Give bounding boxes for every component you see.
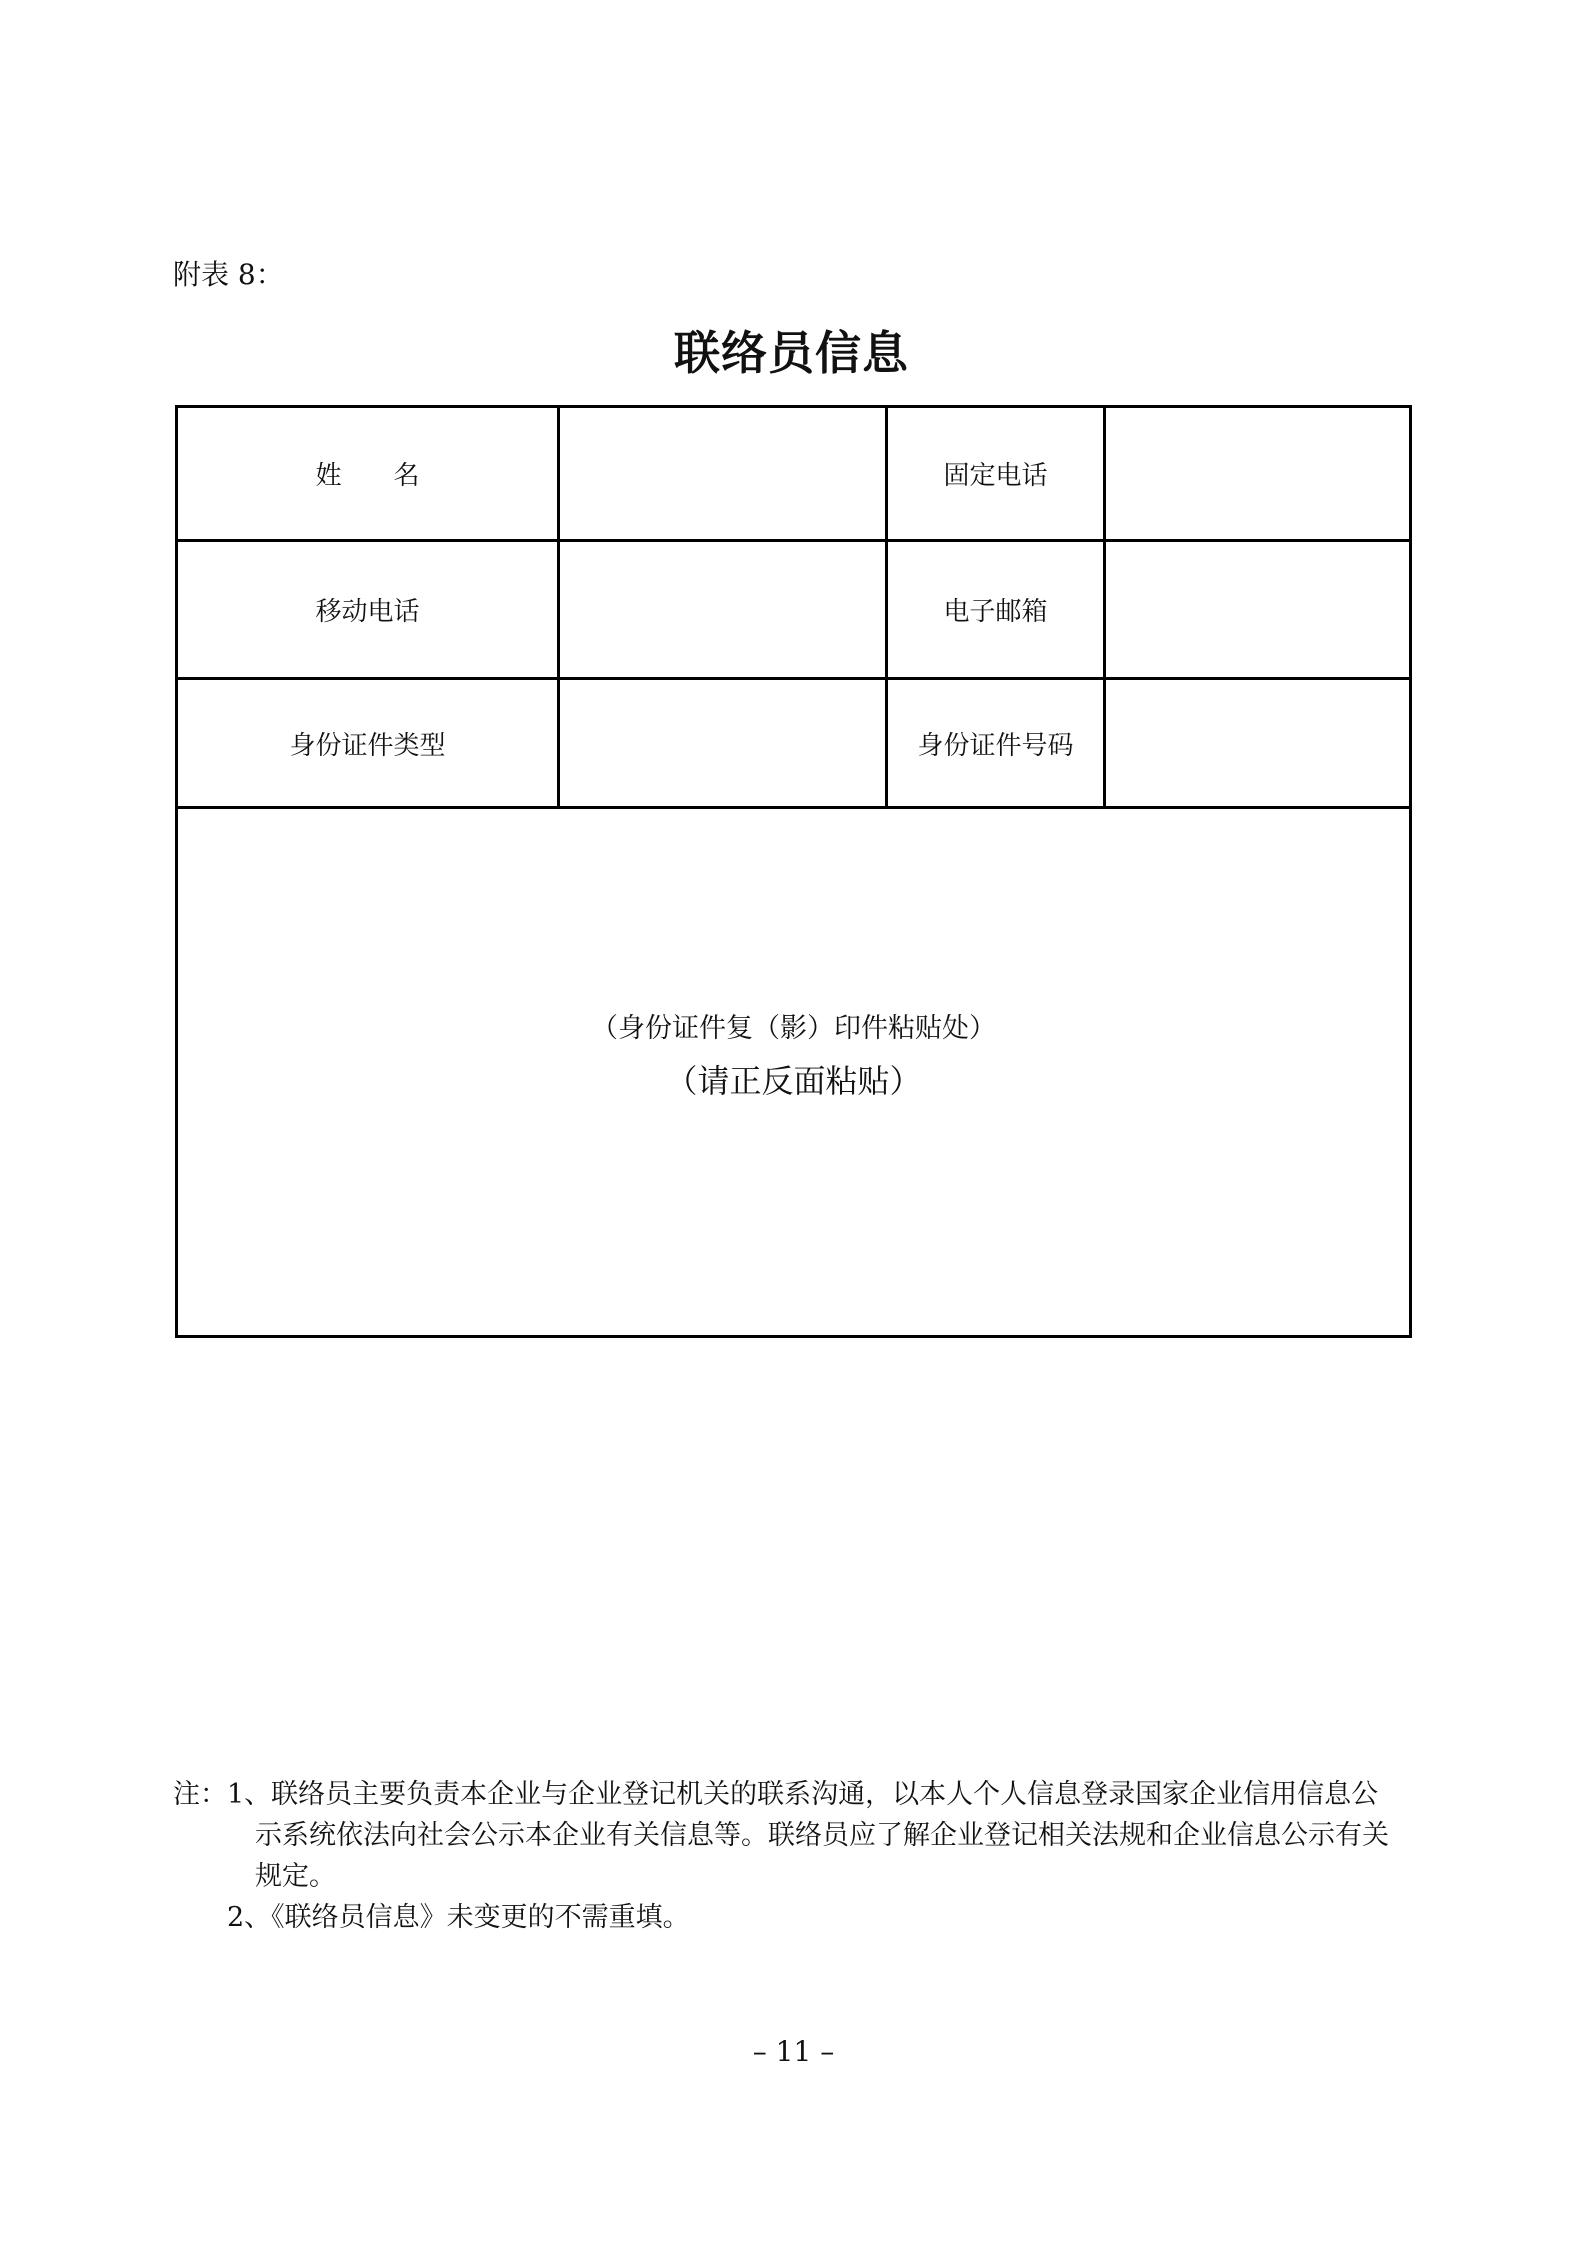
label-id-type: 身份证件类型: [178, 680, 557, 806]
paste-area-subinstruction: （请正反面粘贴）: [178, 1061, 1409, 1101]
id-number-field[interactable]: [1106, 680, 1409, 806]
note-1-line-3: 规定。: [173, 1856, 1418, 1897]
note-1-line-2: 示系统依法向社会公示本企业有关信息等。联络员应了解企业登记相关法规和企业信息公示…: [173, 1815, 1418, 1856]
note-2: 2、《联络员信息》未变更的不需重填。: [173, 1897, 1418, 1938]
notes-section: 注：1、联络员主要负责本企业与企业登记机关的联系沟通，以本人个人信息登录国家企业…: [173, 1774, 1418, 1938]
contact-info-table: 姓 名 固定电话 移动电话 电子邮箱 身份证件类型 身份证件号码 （身份证件复（…: [175, 405, 1412, 1338]
annex-label: 附表 8：: [173, 257, 284, 293]
page-title: 联络员信息: [0, 325, 1587, 381]
label-landline: 固定电话: [888, 408, 1103, 539]
label-name: 姓 名: [178, 408, 557, 539]
label-mobile: 移动电话: [178, 542, 557, 677]
id-type-field[interactable]: [560, 680, 885, 806]
label-id-number: 身份证件号码: [888, 680, 1103, 806]
name-field[interactable]: [560, 408, 885, 539]
paste-area-instruction: （身份证件复（影）印件粘贴处）: [178, 1011, 1409, 1047]
note-1-line-1: 注：1、联络员主要负责本企业与企业登记机关的联系沟通，以本人个人信息登录国家企业…: [173, 1774, 1418, 1815]
email-field[interactable]: [1106, 542, 1409, 677]
page-number: – 11 –: [0, 2034, 1587, 2070]
landline-field[interactable]: [1106, 408, 1409, 539]
mobile-field[interactable]: [560, 542, 885, 677]
row-divider: [178, 806, 1409, 809]
page-title-text: 联络员信息: [674, 326, 909, 380]
label-email: 电子邮箱: [888, 542, 1103, 677]
